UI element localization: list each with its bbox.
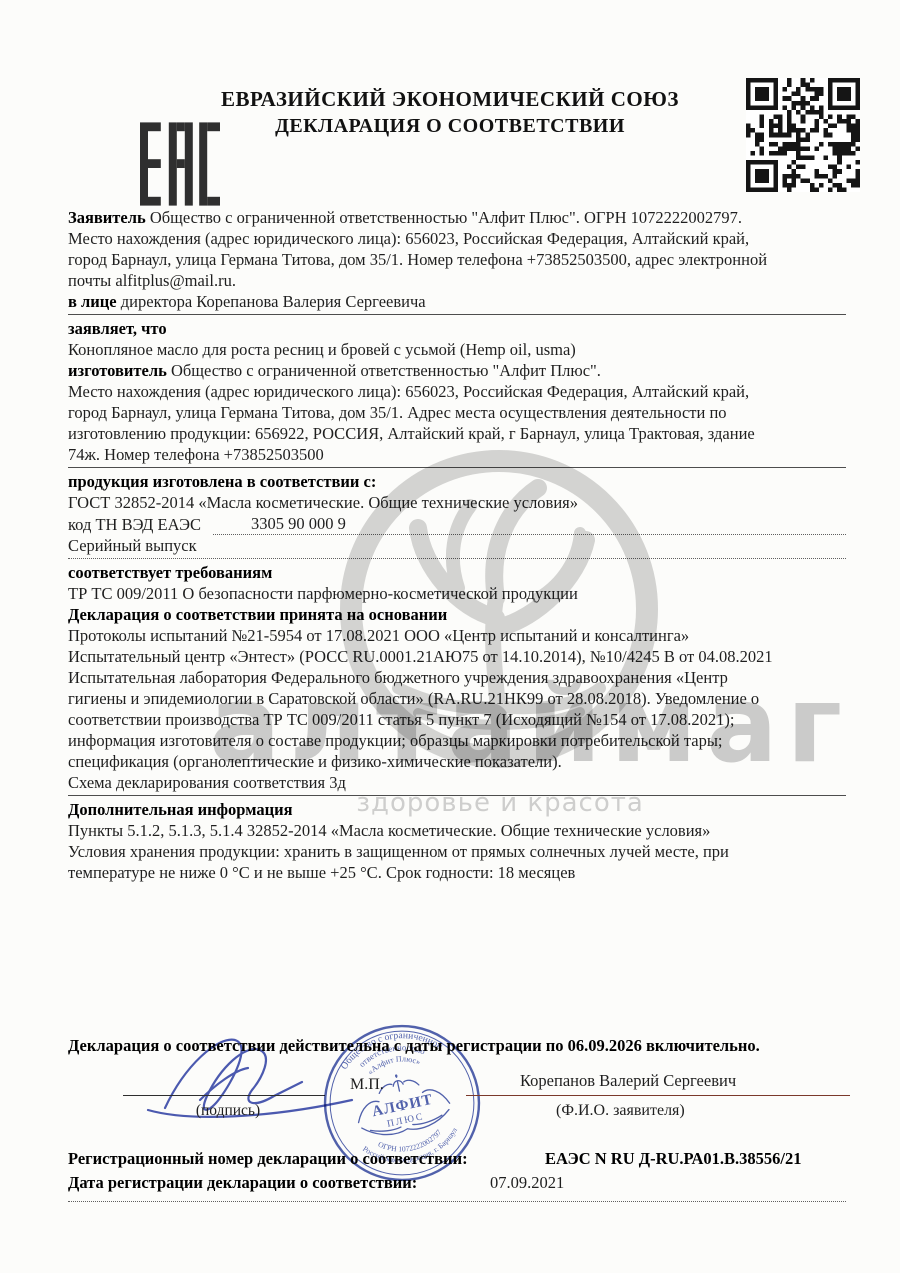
registration-date-value: 07.09.2021 [490, 1172, 564, 1193]
registration-date-label: Дата регистрации декларации о соответств… [68, 1173, 417, 1192]
document-line: Условия хранения продукции: хранить в за… [68, 841, 846, 862]
document-line: соответствует требованиям [68, 562, 846, 583]
document-line: Заявитель Общество с ограниченной ответс… [68, 207, 846, 228]
document-line: Дополнительная информация [68, 799, 846, 820]
document-line: город Барнаул, улица Германа Титова, дом… [68, 249, 846, 270]
document-line: продукция изготовлена в соответствии с: [68, 471, 846, 492]
document-line: Место нахождения (адрес юридического лиц… [68, 228, 846, 249]
fio-caption: (Ф.И.О. заявителя) [556, 1100, 685, 1121]
signature-block: (подпись) М.П. Общество с ограниченной о… [68, 1060, 846, 1122]
document-line: Испытательный центр «Энтест» (РОСС RU.00… [68, 646, 846, 667]
document-line: температуре не ниже 0 °С и не выше +25 °… [68, 862, 846, 883]
applicant-fio: Корепанов Валерий Сергеевич [520, 1070, 736, 1091]
document-line: соответствии производства ТР ТС 009/2011… [68, 709, 846, 730]
tnved-code-value: 3305 90 000 9 [213, 513, 846, 535]
registration-number-value: ЕАЭС N RU Д-RU.РА01.В.38556/21 [545, 1148, 802, 1169]
registration-number-label: Регистрационный номер декларации о соотв… [68, 1149, 468, 1168]
qr-code [746, 78, 860, 192]
title-line-union: ЕВРАЗИЙСКИЙ ЭКОНОМИЧЕСКИЙ СОЮЗ [150, 86, 750, 113]
document-line: Протоколы испытаний №21-5954 от 17.08.20… [68, 625, 846, 646]
document-line: почты alfitplus@mail.ru. [68, 270, 846, 291]
document-line: ТР ТС 009/2011 О безопасности парфюмерно… [68, 583, 846, 604]
document-line: заявляет, что [68, 318, 846, 339]
document-line: ГОСТ 32852-2014 «Масла косметические. Об… [68, 492, 846, 513]
document-line: город Барнаул, улица Германа Титова, дом… [68, 402, 846, 423]
document-line: Декларация о соответствии принята на осн… [68, 604, 846, 625]
body-lines: Заявитель Общество с ограниченной ответс… [68, 207, 846, 883]
fio-line [466, 1095, 850, 1096]
document-line: спецификация (органолептические и физико… [68, 751, 846, 772]
document-line: Испытательная лаборатория Федерального б… [68, 667, 846, 688]
document-line: 74ж. Номер телефона +73852503500 [68, 444, 846, 468]
title-line-declaration: ДЕКЛАРАЦИЯ О СООТВЕТСТВИИ [150, 113, 750, 139]
page-title: ЕВРАЗИЙСКИЙ ЭКОНОМИЧЕСКИЙ СОЮЗ ДЕКЛАРАЦИ… [150, 86, 750, 139]
document-line: изготовлению продукции: 656922, РОССИЯ, … [68, 423, 846, 444]
document-body: Заявитель Общество с ограниченной ответс… [68, 207, 846, 1202]
document-line: Место нахождения (адрес юридического лиц… [68, 381, 846, 402]
document-line: изготовитель Общество с ограниченной отв… [68, 360, 846, 381]
document-line: код ТН ВЭД ЕАЭС3305 90 000 9 [68, 513, 846, 535]
document-line: Конопляное масло для роста ресниц и бров… [68, 339, 846, 360]
signature-caption: (подпись) [168, 1100, 288, 1121]
registration-date-row: Дата регистрации декларации о соответств… [68, 1172, 846, 1196]
document-line: Пункты 5.1.2, 5.1.3, 5.1.4 32852-2014 «М… [68, 820, 846, 841]
document-line: Схема декларирования соответствия 3д [68, 772, 846, 796]
document-line: информация изготовителя о составе продук… [68, 730, 846, 751]
bottom-rule [68, 1201, 846, 1202]
declaration-document: ЕВРАЗИЙСКИЙ ЭКОНОМИЧЕСКИЙ СОЮЗ ДЕКЛАРАЦИ… [0, 0, 900, 1273]
registration-number-row: Регистрационный номер декларации о соотв… [68, 1148, 846, 1172]
document-line: Серийный выпуск [68, 535, 846, 559]
document-line: гигиены и эпидемиологии в Саратовской об… [68, 688, 846, 709]
document-line: в лице директора Корепанова Валерия Серг… [68, 291, 846, 315]
signature-line [123, 1095, 325, 1096]
